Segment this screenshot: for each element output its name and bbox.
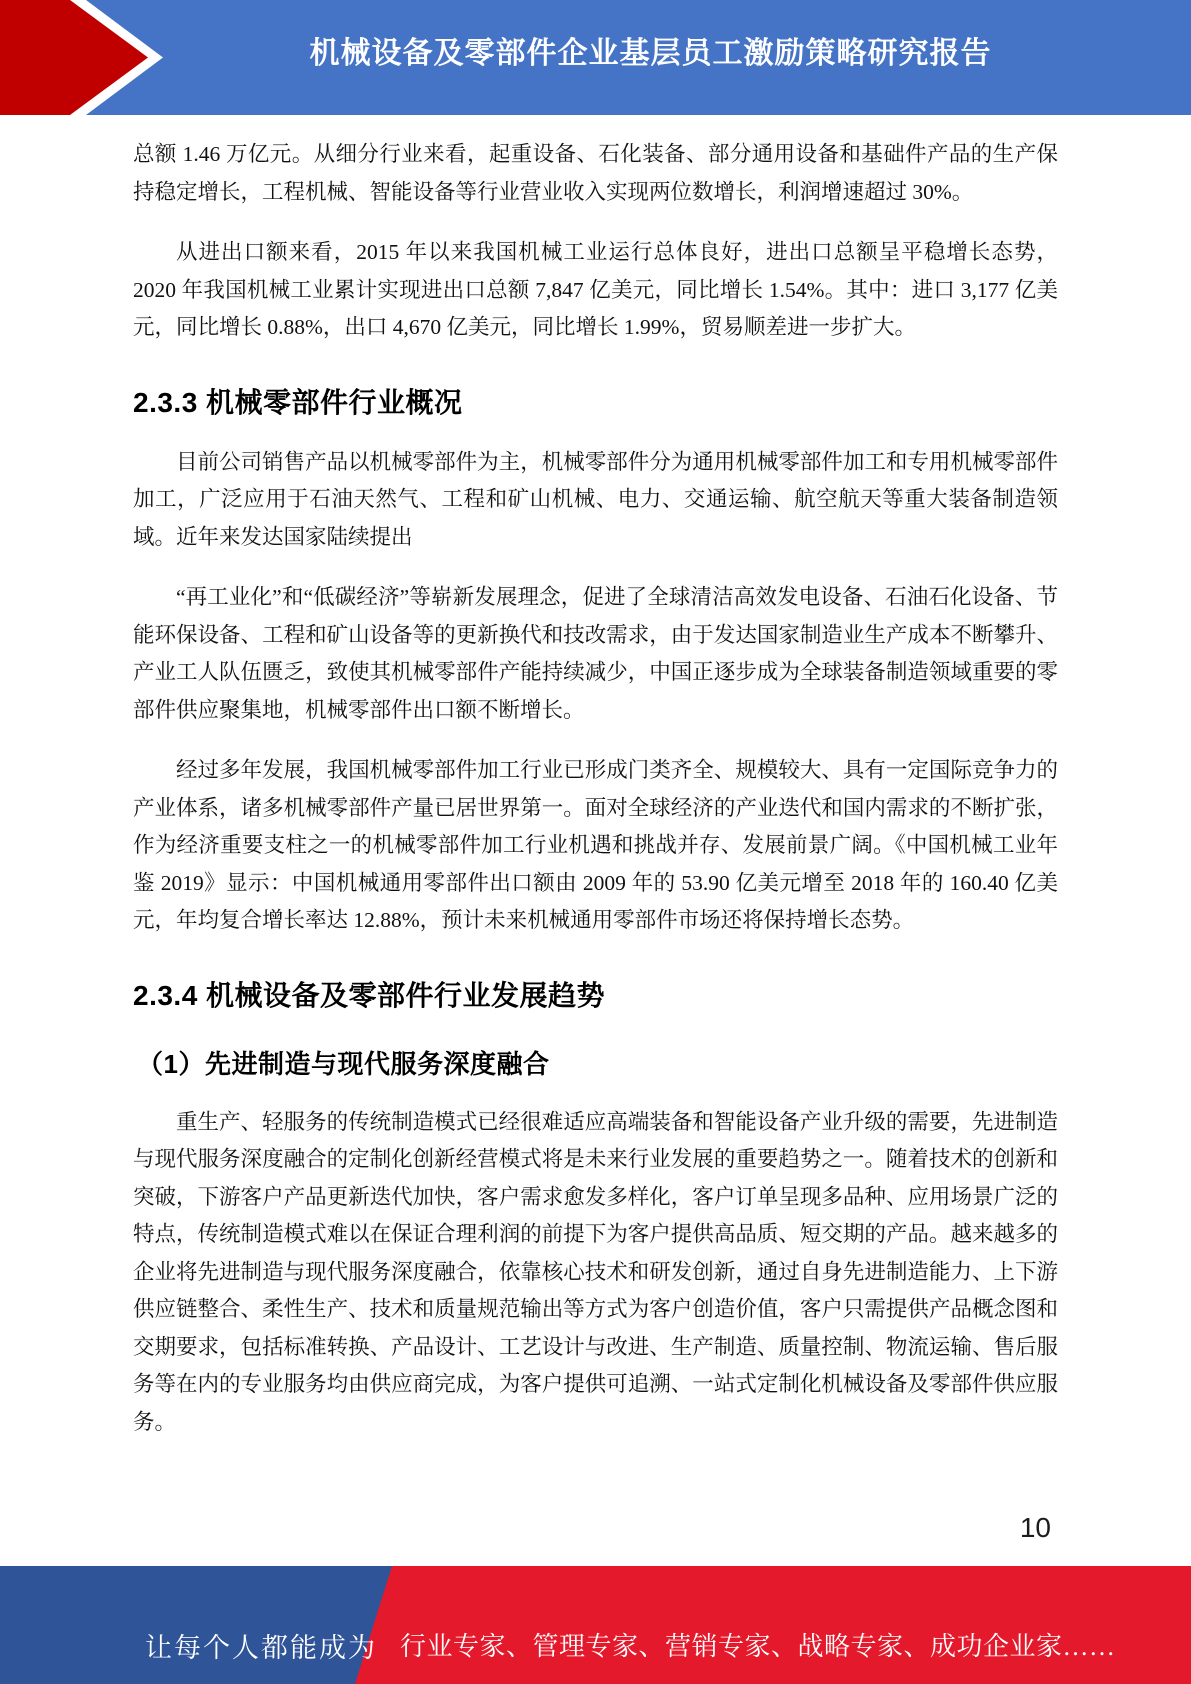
chevron-arrow-icon [0, 0, 170, 115]
footer-slogan-right: 行业专家、管理专家、营销专家、战略专家、成功企业家…… [400, 1626, 1116, 1663]
body-paragraph: 总额 1.46 万亿元。从细分行业来看，起重设备、石化装备、部分通用设备和基础件… [133, 136, 1058, 211]
footer-banner: 让每个人都能成为 行业专家、管理专家、营销专家、战略专家、成功企业家…… [0, 1566, 1191, 1684]
footer-slogan-left: 让每个人都能成为 [145, 1626, 377, 1665]
header-banner: 机械设备及零部件企业基层员工激励策略研究报告 [0, 0, 1191, 115]
body-paragraph: 重生产、轻服务的传统制造模式已经很难适应高端装备和智能设备产业升级的需要，先进制… [133, 1104, 1058, 1442]
page-number: 10 [1020, 1512, 1051, 1544]
section-heading-2-3-4: 2.3.4 机械设备及零部件行业发展趋势 [133, 974, 1058, 1014]
body-paragraph: 经过多年发展，我国机械零部件加工行业已形成门类齐全、规模较大、具有一定国际竞争力… [133, 752, 1058, 940]
body-paragraph: “再工业化”和“低碳经济”等崭新发展理念，促进了全球清洁高效发电设备、石油石化设… [133, 579, 1058, 729]
report-title: 机械设备及零部件企业基层员工激励策略研究报告 [170, 0, 1131, 100]
body-paragraph: 目前公司销售产品以机械零部件为主，机械零部件分为通用机械零部件加工和专用机械零部… [133, 444, 1058, 557]
document-body: 总额 1.46 万亿元。从细分行业来看，起重设备、石化装备、部分通用设备和基础件… [0, 115, 1191, 1441]
subsection-heading-1: （1）先进制造与现代服务深度融合 [137, 1044, 1058, 1081]
section-heading-2-3-3: 2.3.3 机械零部件行业概况 [133, 381, 1058, 421]
document-page: 机械设备及零部件企业基层员工激励策略研究报告 总额 1.46 万亿元。从细分行业… [0, 0, 1191, 1684]
footer-diagonal-shape [0, 1566, 1191, 1684]
body-paragraph: 从进出口额来看，2015 年以来我国机械工业运行总体良好，进出口总额呈平稳增长态… [133, 234, 1058, 347]
